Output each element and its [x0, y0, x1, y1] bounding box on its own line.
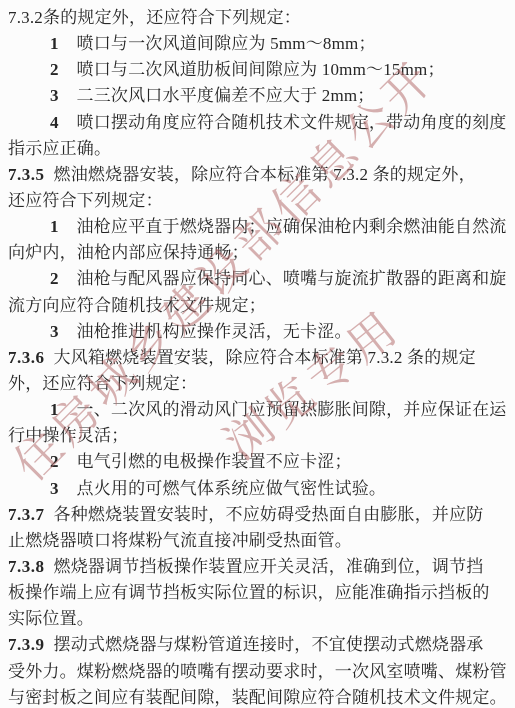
line-text: 向炉内，油枪内部应保持通畅； — [8, 243, 249, 262]
line-text: 与密封板之间应有装配间隙，装配间隙应符合随机技术文件规定。 — [8, 688, 507, 707]
line-text: 点火用的可燃气体系统应做气密性试验。 — [77, 479, 387, 498]
text-line: 与密封板之间应有装配间隙，装配间隙应符合随机技术文件规定。 — [8, 685, 507, 708]
text-line: 1一、二次风的滑动风门应预留热膨胀间隙，并应保证在运 — [8, 397, 507, 423]
line-text: 喷口与二次风道肋板间间隙应为 10mm～15mm； — [77, 60, 445, 79]
line-text: 燃油燃烧器安装，除应符合本标准第 7.3.2 条的规定外， — [54, 165, 476, 184]
section-number: 7.3.6 — [8, 348, 45, 367]
text-line: 指示应正确。 — [8, 136, 507, 162]
item-number: 3 — [50, 479, 59, 498]
document-page: 7.3.2条的规定外，还应符合下列规定：1喷口与一次风道间隙应为 5mm～8mm… — [0, 0, 515, 708]
section-number: 7.3.8 — [8, 557, 45, 576]
line-text: 油枪与配风器应保持同心、喷嘴与旋流扩散器的距离和旋 — [77, 269, 507, 288]
line-text: 还应符合下列规定： — [8, 191, 163, 210]
item-number: 3 — [50, 86, 59, 105]
line-text: 止燃烧器喷口将煤粉气流直接冲刷受热面管。 — [8, 531, 352, 550]
document-text: 7.3.2条的规定外，还应符合下列规定：1喷口与一次风道间隙应为 5mm～8mm… — [8, 5, 507, 708]
line-text: 外，还应符合下列规定： — [8, 374, 197, 393]
text-line: 受外力。煤粉燃烧器的喷嘴有摆动要求时，一次风室喷嘴、煤粉管 — [8, 659, 507, 685]
text-line: 4喷口摆动角度应符合随机技术文件规定，带动角度的刻度 — [8, 110, 507, 136]
text-line: 7.3.9摆动式燃烧器与煤粉管道连接时，不宜使摆动式燃烧器承 — [8, 632, 507, 658]
text-line: 2电气引燃的电极操作装置不应卡涩； — [8, 449, 507, 475]
line-text: 二三次风口水平度偏差不应大于 2mm； — [77, 86, 375, 105]
line-text: 一、二次风的滑动风门应预留热膨胀间隙，并应保证在运 — [77, 400, 507, 419]
line-text: 指示应正确。 — [8, 139, 111, 158]
text-line: 7.3.5燃油燃烧器安装，除应符合本标准第 7.3.2 条的规定外， — [8, 162, 507, 188]
line-text: 燃烧器调节挡板操作装置应开关灵活，准确到位，调节挡 — [54, 557, 484, 576]
item-number: 1 — [50, 217, 59, 236]
section-number: 7.3.9 — [8, 635, 45, 654]
text-line: 3油枪推进机构应操作灵活，无卡涩。 — [8, 319, 507, 345]
item-number: 2 — [50, 269, 59, 288]
text-line: 止燃烧器喷口将煤粉气流直接冲刷受热面管。 — [8, 528, 507, 554]
text-line: 外，还应符合下列规定： — [8, 371, 507, 397]
line-text: 喷口与一次风道间隙应为 5mm～8mm； — [77, 34, 376, 53]
text-line: 板操作端上应有调节挡板实际位置的标识，应能准确指示挡板的 — [8, 580, 507, 606]
text-line: 7.3.6大风箱燃烧装置安装，除应符合本标准第 7.3.2 条的规定 — [8, 345, 507, 371]
text-line: 2油枪与配风器应保持同心、喷嘴与旋流扩散器的距离和旋 — [8, 266, 507, 292]
text-line: 实际位置。 — [8, 606, 507, 632]
line-text: 油枪推进机构应操作灵活，无卡涩。 — [77, 322, 352, 341]
item-number: 2 — [50, 452, 59, 471]
line-text: 大风箱燃烧装置安装，除应符合本标准第 7.3.2 条的规定 — [54, 348, 476, 367]
item-number: 2 — [50, 60, 59, 79]
item-number: 1 — [50, 400, 59, 419]
line-text: 实际位置。 — [8, 609, 94, 628]
line-text: 喷口摆动角度应符合随机技术文件规定，带动角度的刻度 — [77, 113, 507, 132]
text-line: 流方向应符合随机技术文件规定； — [8, 293, 507, 319]
item-number: 4 — [50, 113, 59, 132]
line-text: 电气引燃的电极操作装置不应卡涩； — [77, 452, 352, 471]
text-line: 行中操作灵活； — [8, 423, 507, 449]
text-line: 7.3.7各种燃烧装置安装时，不应妨碍受热面自由膨胀，并应防 — [8, 502, 507, 528]
text-line: 3二三次风口水平度偏差不应大于 2mm； — [8, 83, 507, 109]
line-text: 受外力。煤粉燃烧器的喷嘴有摆动要求时，一次风室喷嘴、煤粉管 — [8, 662, 507, 681]
line-text: 7.3.2条的规定外，还应符合下列规定： — [8, 8, 301, 27]
text-line: 2喷口与二次风道肋板间间隙应为 10mm～15mm； — [8, 57, 507, 83]
item-number: 1 — [50, 34, 59, 53]
text-line: 7.3.8燃烧器调节挡板操作装置应开关灵活，准确到位，调节挡 — [8, 554, 507, 580]
line-text: 流方向应符合随机技术文件规定； — [8, 296, 266, 315]
section-number: 7.3.5 — [8, 165, 45, 184]
section-number: 7.3.7 — [8, 505, 45, 524]
text-line: 1喷口与一次风道间隙应为 5mm～8mm； — [8, 31, 507, 57]
text-line: 还应符合下列规定： — [8, 188, 507, 214]
item-number: 3 — [50, 322, 59, 341]
text-line: 向炉内，油枪内部应保持通畅； — [8, 240, 507, 266]
line-text: 板操作端上应有调节挡板实际位置的标识，应能准确指示挡板的 — [8, 583, 490, 602]
text-line: 1油枪应平直于燃烧器内；应确保油枪内剩余燃油能自然流 — [8, 214, 507, 240]
text-line: 3点火用的可燃气体系统应做气密性试验。 — [8, 476, 507, 502]
line-text: 油枪应平直于燃烧器内；应确保油枪内剩余燃油能自然流 — [77, 217, 507, 236]
line-text: 行中操作灵活； — [8, 426, 128, 445]
line-text: 摆动式燃烧器与煤粉管道连接时，不宜使摆动式燃烧器承 — [54, 635, 484, 654]
text-line: 7.3.2条的规定外，还应符合下列规定： — [8, 5, 507, 31]
line-text: 各种燃烧装置安装时，不应妨碍受热面自由膨胀，并应防 — [54, 505, 484, 524]
